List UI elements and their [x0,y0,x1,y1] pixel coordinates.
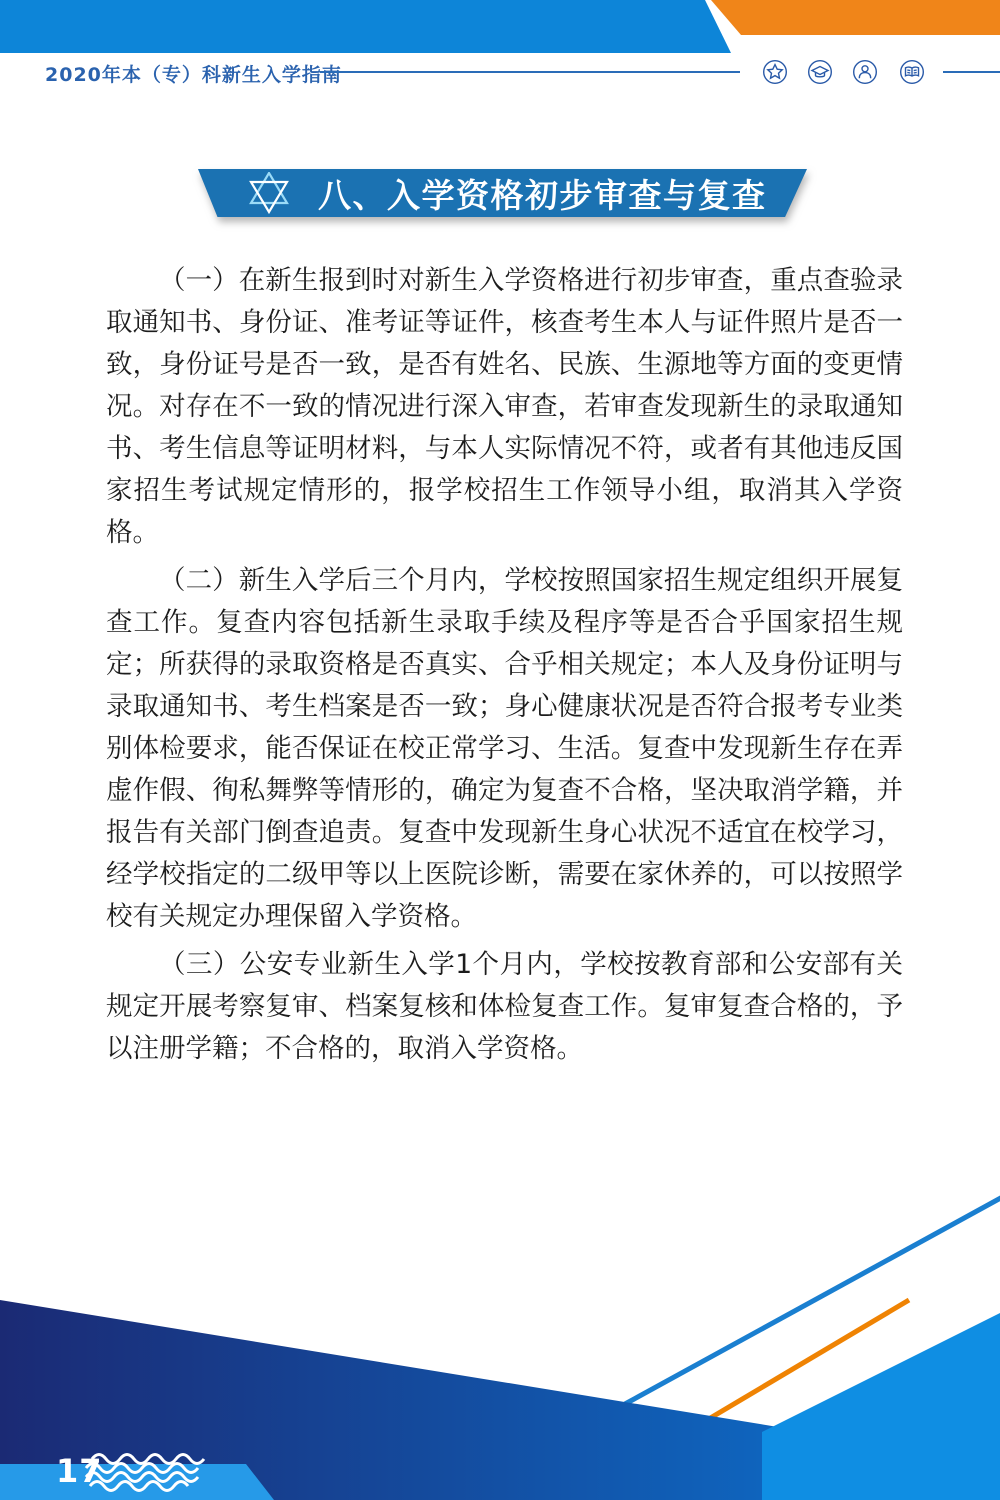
waves-icon [86,1455,204,1491]
bottom-right-triangle [762,1313,1000,1500]
top-orange-band [711,0,1000,35]
star-icon [762,59,788,85]
paragraph-2: （二）新生入学后三个月内，学校按照国家招生规定组织开展复查工作。复查内容包括新生… [106,560,903,938]
diagonal-line-blue [625,1194,1000,1404]
hexagram-icon [246,172,292,214]
top-blue-band [0,0,731,53]
header-rule-right [943,71,1000,73]
section-title: 八、入学资格初步审查与复查 [318,170,767,217]
graduation-cap-icon [807,59,833,85]
header-rule-left [320,71,740,73]
page: 2020年本（专）科新生入学指南 八、入学资格初步审查与复查 [0,0,1000,1500]
section-banner: 八、入学资格初步审查与复查 [198,169,807,217]
paragraph-3: （三）公安专业新生入学1个月内，学校按教育部和公安部有关规定开展考察复审、档案复… [106,944,903,1070]
section-banner-shape: 八、入学资格初步审查与复查 [198,169,807,217]
bottom-gradient-band [0,1300,1000,1500]
paragraph-1: （一）在新生报到时对新生入学资格进行初步审查，重点查验录取通知书、身份证、准考证… [106,260,903,554]
person-icon [852,59,878,85]
page-number-strip [0,1464,274,1500]
page-number: 17 [56,1452,103,1490]
body-text: （一）在新生报到时对新生入学资格进行初步审查，重点查验录取通知书、身份证、准考证… [106,260,903,1076]
diagonal-line-orange [707,1300,909,1420]
guide-title: 2020年本（专）科新生入学指南 [45,60,342,87]
open-book-icon [899,59,925,85]
